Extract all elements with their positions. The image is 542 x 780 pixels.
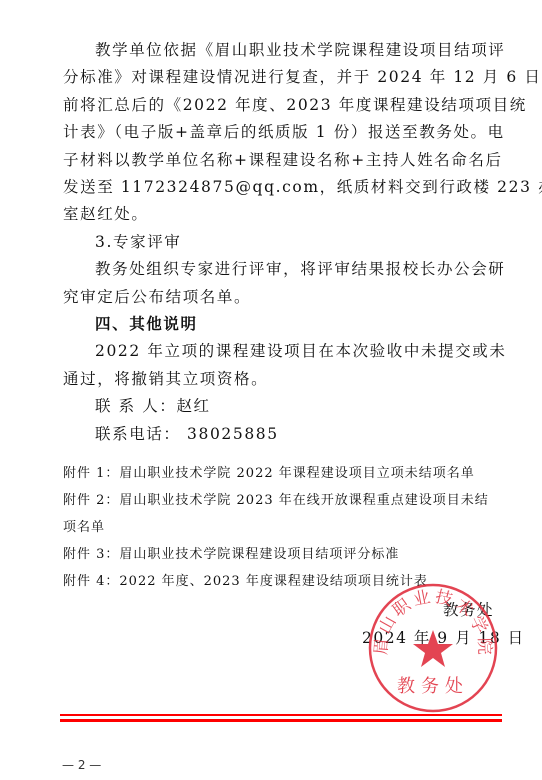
- footer-rule-thick: [60, 719, 502, 722]
- contact-phone: 联系电话： 38025885: [95, 424, 279, 444]
- paragraph-line: 教学单位依据《眉山职业技术学院课程建设项目结项评: [95, 40, 505, 60]
- paragraph-line: 室赵红处。: [63, 204, 149, 224]
- attachment-2-cont: 项名单: [63, 518, 105, 538]
- page-number: — 2 —: [62, 758, 101, 772]
- paragraph-line: 究审定后公布结项名单。: [63, 287, 251, 307]
- paragraph-line: 2022 年立项的课程建设项目在本次验收中未提交或未: [95, 341, 506, 361]
- paragraph-line: 教务处组织专家进行评审，将评审结果报校长办公会研: [95, 259, 505, 279]
- paragraph-line: 计表》（电子版+盖章后的纸质版 1 份）报送至教务处。电: [63, 122, 505, 142]
- attachment-3: 附件 3：眉山职业技术学院课程建设项目结项评分标准: [63, 545, 399, 565]
- svg-text:教务处: 教务处: [397, 676, 469, 697]
- footer-rule-thin: [60, 714, 502, 716]
- contact-person: 联 系 人：赵红: [95, 396, 211, 416]
- section-heading: 四、其他说明: [95, 314, 198, 334]
- paragraph-line: 发送至 1172324875@qq.com，纸质材料交到行政楼 223 办公: [63, 177, 542, 197]
- paragraph-line: 前将汇总后的《2022 年度、2023 年度课程建设结项项目统: [63, 95, 527, 115]
- paragraph-line: 通过，将撤销其立项资格。: [63, 369, 268, 389]
- attachment-1: 附件 1：眉山职业技术学院 2022 年课程建设项目立项未结项名单: [63, 464, 475, 484]
- attachment-2: 附件 2：眉山职业技术学院 2023 年在线开放课程重点建设项目未结: [63, 491, 489, 511]
- section-heading: 3.专家评审: [95, 232, 181, 252]
- paragraph-line: 分标准》对课程建设情况进行复查，并于 2024 年 12 月 6 日: [63, 67, 542, 87]
- official-seal-icon: 眉山职业技术学院 教务处: [367, 582, 499, 714]
- paragraph-line: 子材料以教学单位名称+课程建设名称+主持人姓名命名后: [63, 150, 503, 170]
